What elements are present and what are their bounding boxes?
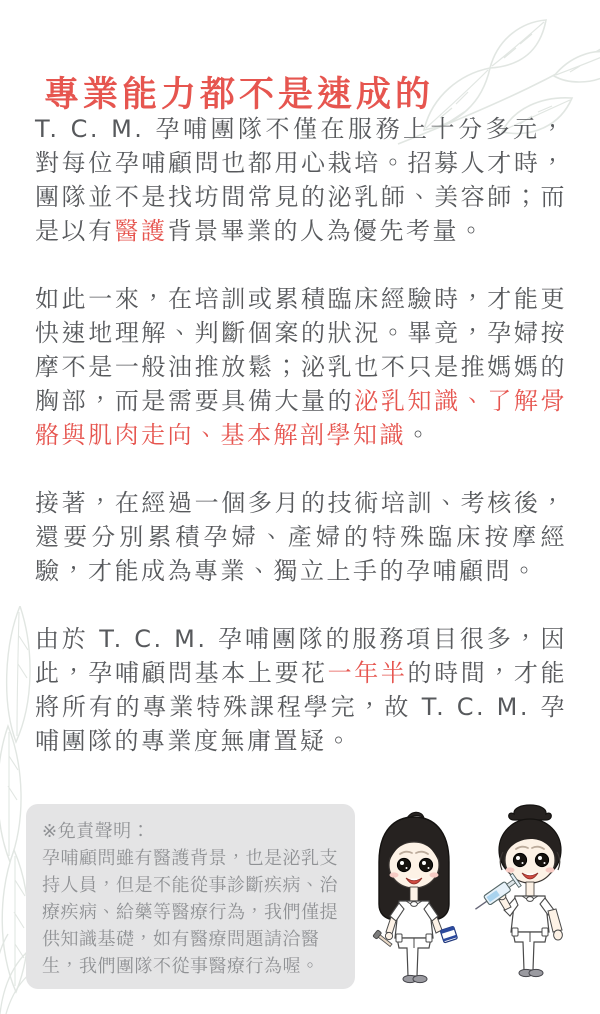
article-page: 專業能力都不是速成的 T. C. M. 孕哺團隊不僅在服務上十分多元，對每位孕哺…	[0, 0, 600, 1014]
highlighted-text: 一年半	[328, 659, 408, 687]
article-body: T. C. M. 孕哺團隊不僅在服務上十分多元，對每位孕哺顧問也都用心栽培。招募…	[35, 112, 567, 792]
page-title: 專業能力都不是速成的	[44, 67, 434, 117]
disclaimer-heading: ※免責聲明：	[42, 818, 339, 845]
nurse-characters-illustration	[362, 798, 594, 996]
paragraph-text: 背景畢業的人為優先考量。	[168, 217, 486, 245]
paragraph-3: 接著，在經過一個多月的技術培訓、考核後，還要分別累積孕婦、產婦的特殊臨床按摩經驗…	[35, 486, 567, 588]
paragraph-text: 接著，在經過一個多月的技術培訓、考核後，還要分別累積孕婦、產婦的特殊臨床按摩經驗…	[35, 489, 567, 585]
nurse-bob-hair-illustration	[373, 812, 458, 982]
nurse-bun-hair-illustration	[471, 805, 563, 977]
paragraph-2: 如此一來，在培訓或累積臨床經驗時，才能更快速地理解、判斷個案的狀況。畢竟，孕婦按…	[35, 282, 567, 452]
disclaimer-body: 孕哺顧問雖有醫護背景，也是泌乳支持人員，但是不能從事診斷疾病、治療疾病、給藥等醫…	[42, 845, 339, 980]
disclaimer-box: ※免責聲明： 孕哺顧問雖有醫護背景，也是泌乳支持人員，但是不能從事診斷疾病、治療…	[26, 804, 355, 989]
highlighted-text: 醫護	[115, 217, 168, 245]
paragraph-4: 由於 T. C. M. 孕哺團隊的服務項目很多，因此，孕哺顧問基本上要花一年半的…	[35, 622, 567, 758]
paragraph-text: 。	[406, 421, 433, 449]
paragraph-1: T. C. M. 孕哺團隊不僅在服務上十分多元，對每位孕哺顧問也都用心栽培。招募…	[35, 112, 567, 248]
